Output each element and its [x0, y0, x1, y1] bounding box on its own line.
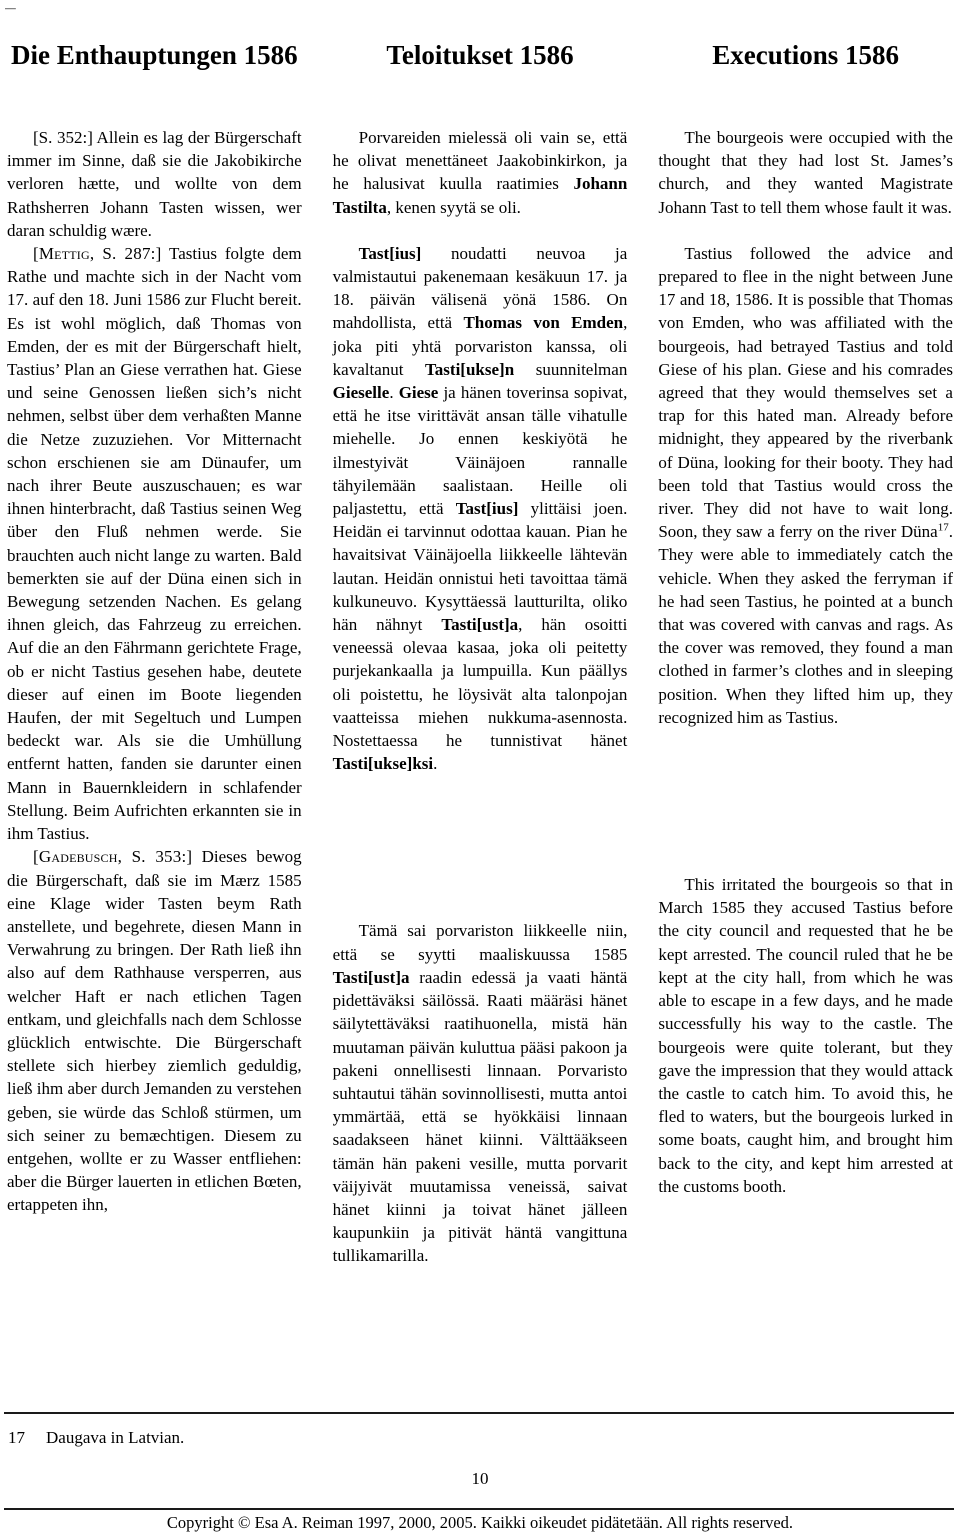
paragraph-german-3: [Gadebusch, S. 353:] Dieses bewog die Bü… [7, 845, 302, 1216]
copyright-separator-rule [4, 1508, 954, 1510]
paragraph-german-2: [Mettig, S. 287:] Tastius folgte dem Rat… [7, 242, 302, 845]
page-number: 10 [0, 1467, 960, 1490]
footnote-number: 17 [8, 1426, 46, 1449]
column-heading-finnish: Teloitukset 1586 [333, 38, 628, 126]
paragraph-english-3: This irritated the bourgeois so that in … [658, 873, 953, 1198]
paragraph-english-1: The bourgeois were occupied with the tho… [658, 126, 953, 219]
column-heading-german: Die Enthauptungen 1586 [7, 38, 302, 126]
column-english: Executions 1586 The bourgeois were occup… [658, 38, 953, 1410]
copyright-line: Copyright © Esa A. Reiman 1997, 2000, 20… [0, 1512, 960, 1533]
footnote-text: Daugava in Latvian. [46, 1428, 184, 1447]
footnote: 17Daugava in Latvian. [8, 1426, 184, 1449]
column-heading-english: Executions 1586 [658, 38, 953, 126]
paragraph-english-2: Tastius followed the advice and prepared… [658, 242, 953, 729]
top-left-mark: _ [5, 0, 16, 10]
column-gap-spacer [658, 729, 953, 873]
column-finnish: Teloitukset 1586 Porvareiden mielessä ol… [333, 38, 628, 1410]
column-gap-spacer [333, 775, 628, 919]
three-column-text: Die Enthauptungen 1586 [S. 352:] Allein … [7, 38, 953, 1410]
paragraph-finnish-3: Tämä sai porvariston liikkeelle niin, et… [333, 919, 628, 1267]
document-page: _ Die Enthauptungen 1586 [S. 352:] Allei… [0, 0, 960, 1534]
paragraph-finnish-2: Tast[ius] noudatti neuvoa ja valmistautu… [333, 242, 628, 776]
column-german: Die Enthauptungen 1586 [S. 352:] Allein … [7, 38, 302, 1410]
footnote-separator-rule [4, 1412, 954, 1414]
paragraph-german-1: [S. 352:] Allein es lag der Bürgerschaft… [7, 126, 302, 242]
paragraph-finnish-1: Porvareiden mielessä oli vain se, että h… [333, 126, 628, 219]
